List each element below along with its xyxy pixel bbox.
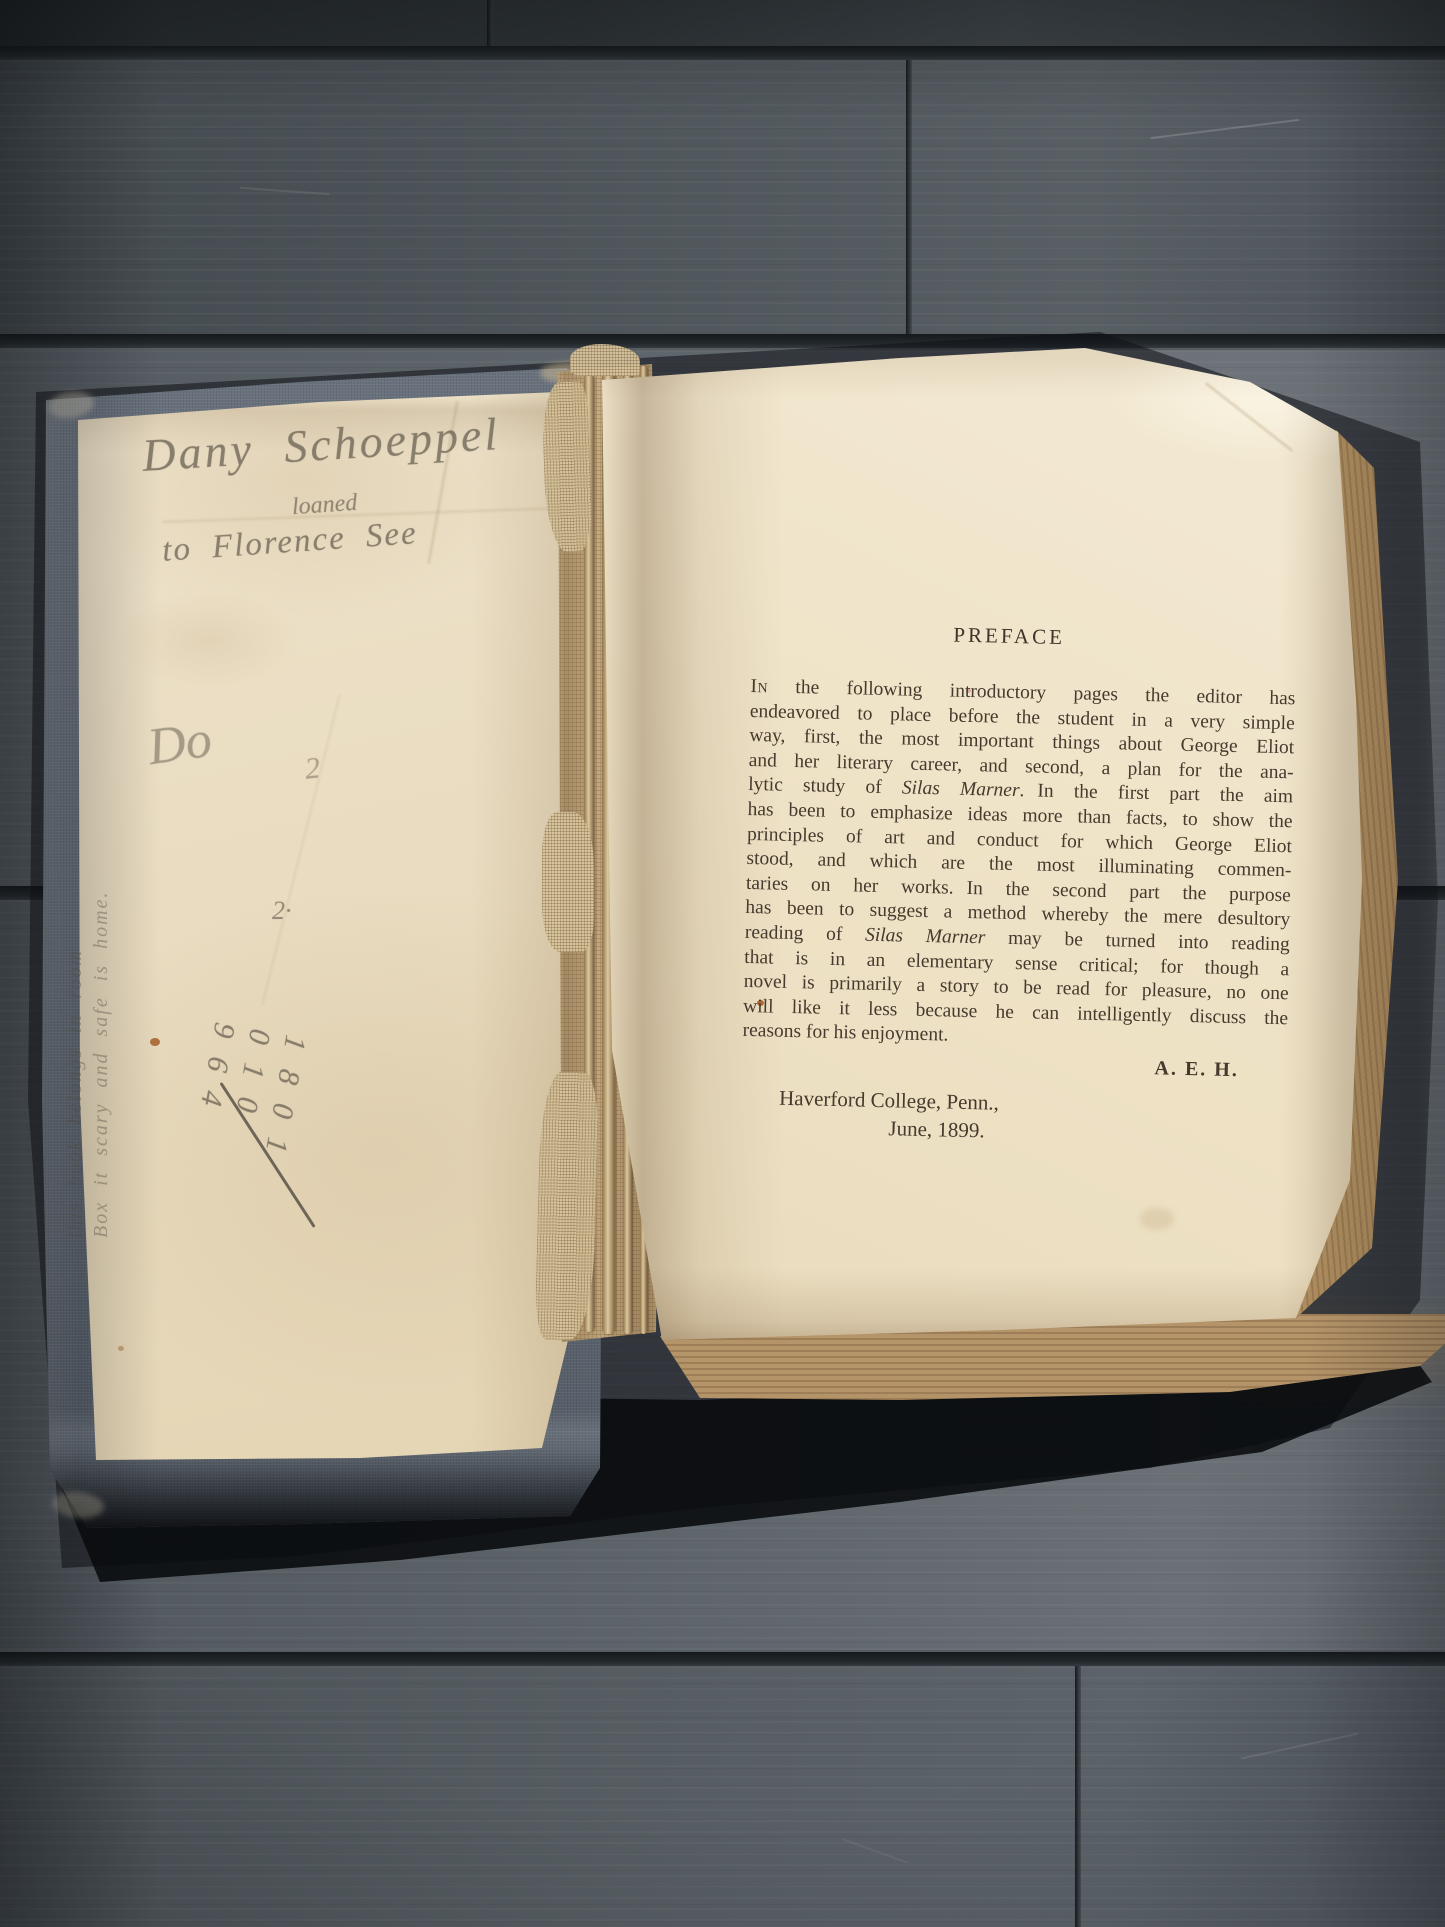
faint-pencil-scribble: Do — [144, 710, 215, 777]
preface-text-block: PREFACE In the following introductory pa… — [740, 618, 1297, 1150]
handwriting-line: this book belongs in room — [62, 593, 88, 1238]
frayed-mull-cloth — [542, 812, 594, 952]
foxing-speck — [118, 1346, 124, 1351]
plank-joint — [906, 60, 912, 334]
foxing-speck — [150, 1038, 160, 1046]
stain-smudge — [1140, 1208, 1174, 1230]
wood-grain — [0, 1666, 1445, 1927]
wood-grain — [0, 60, 1445, 334]
plank-gap — [0, 334, 1445, 348]
frayed-headband — [570, 344, 640, 376]
plank-joint — [1075, 1666, 1081, 1927]
preface-body: In the following introductory pages the … — [742, 675, 1295, 1056]
imprint-place: Haverford College, Penn., — [779, 1086, 1286, 1122]
wood-plank — [0, 0, 1445, 46]
vertical-margin-note: this book belongs in roomBox it scary an… — [62, 593, 114, 1238]
photo-scene: PREFACE In the following introductory pa… — [0, 0, 1445, 1927]
handwriting-line: Box it scary and safe is home. — [88, 593, 114, 1238]
plank-joint — [487, 0, 493, 46]
pencil-number-mark: 2· — [272, 896, 292, 926]
plank-gap — [0, 1652, 1445, 1666]
loan-note-word: loaned — [291, 490, 358, 521]
plank-gap — [0, 46, 1445, 60]
